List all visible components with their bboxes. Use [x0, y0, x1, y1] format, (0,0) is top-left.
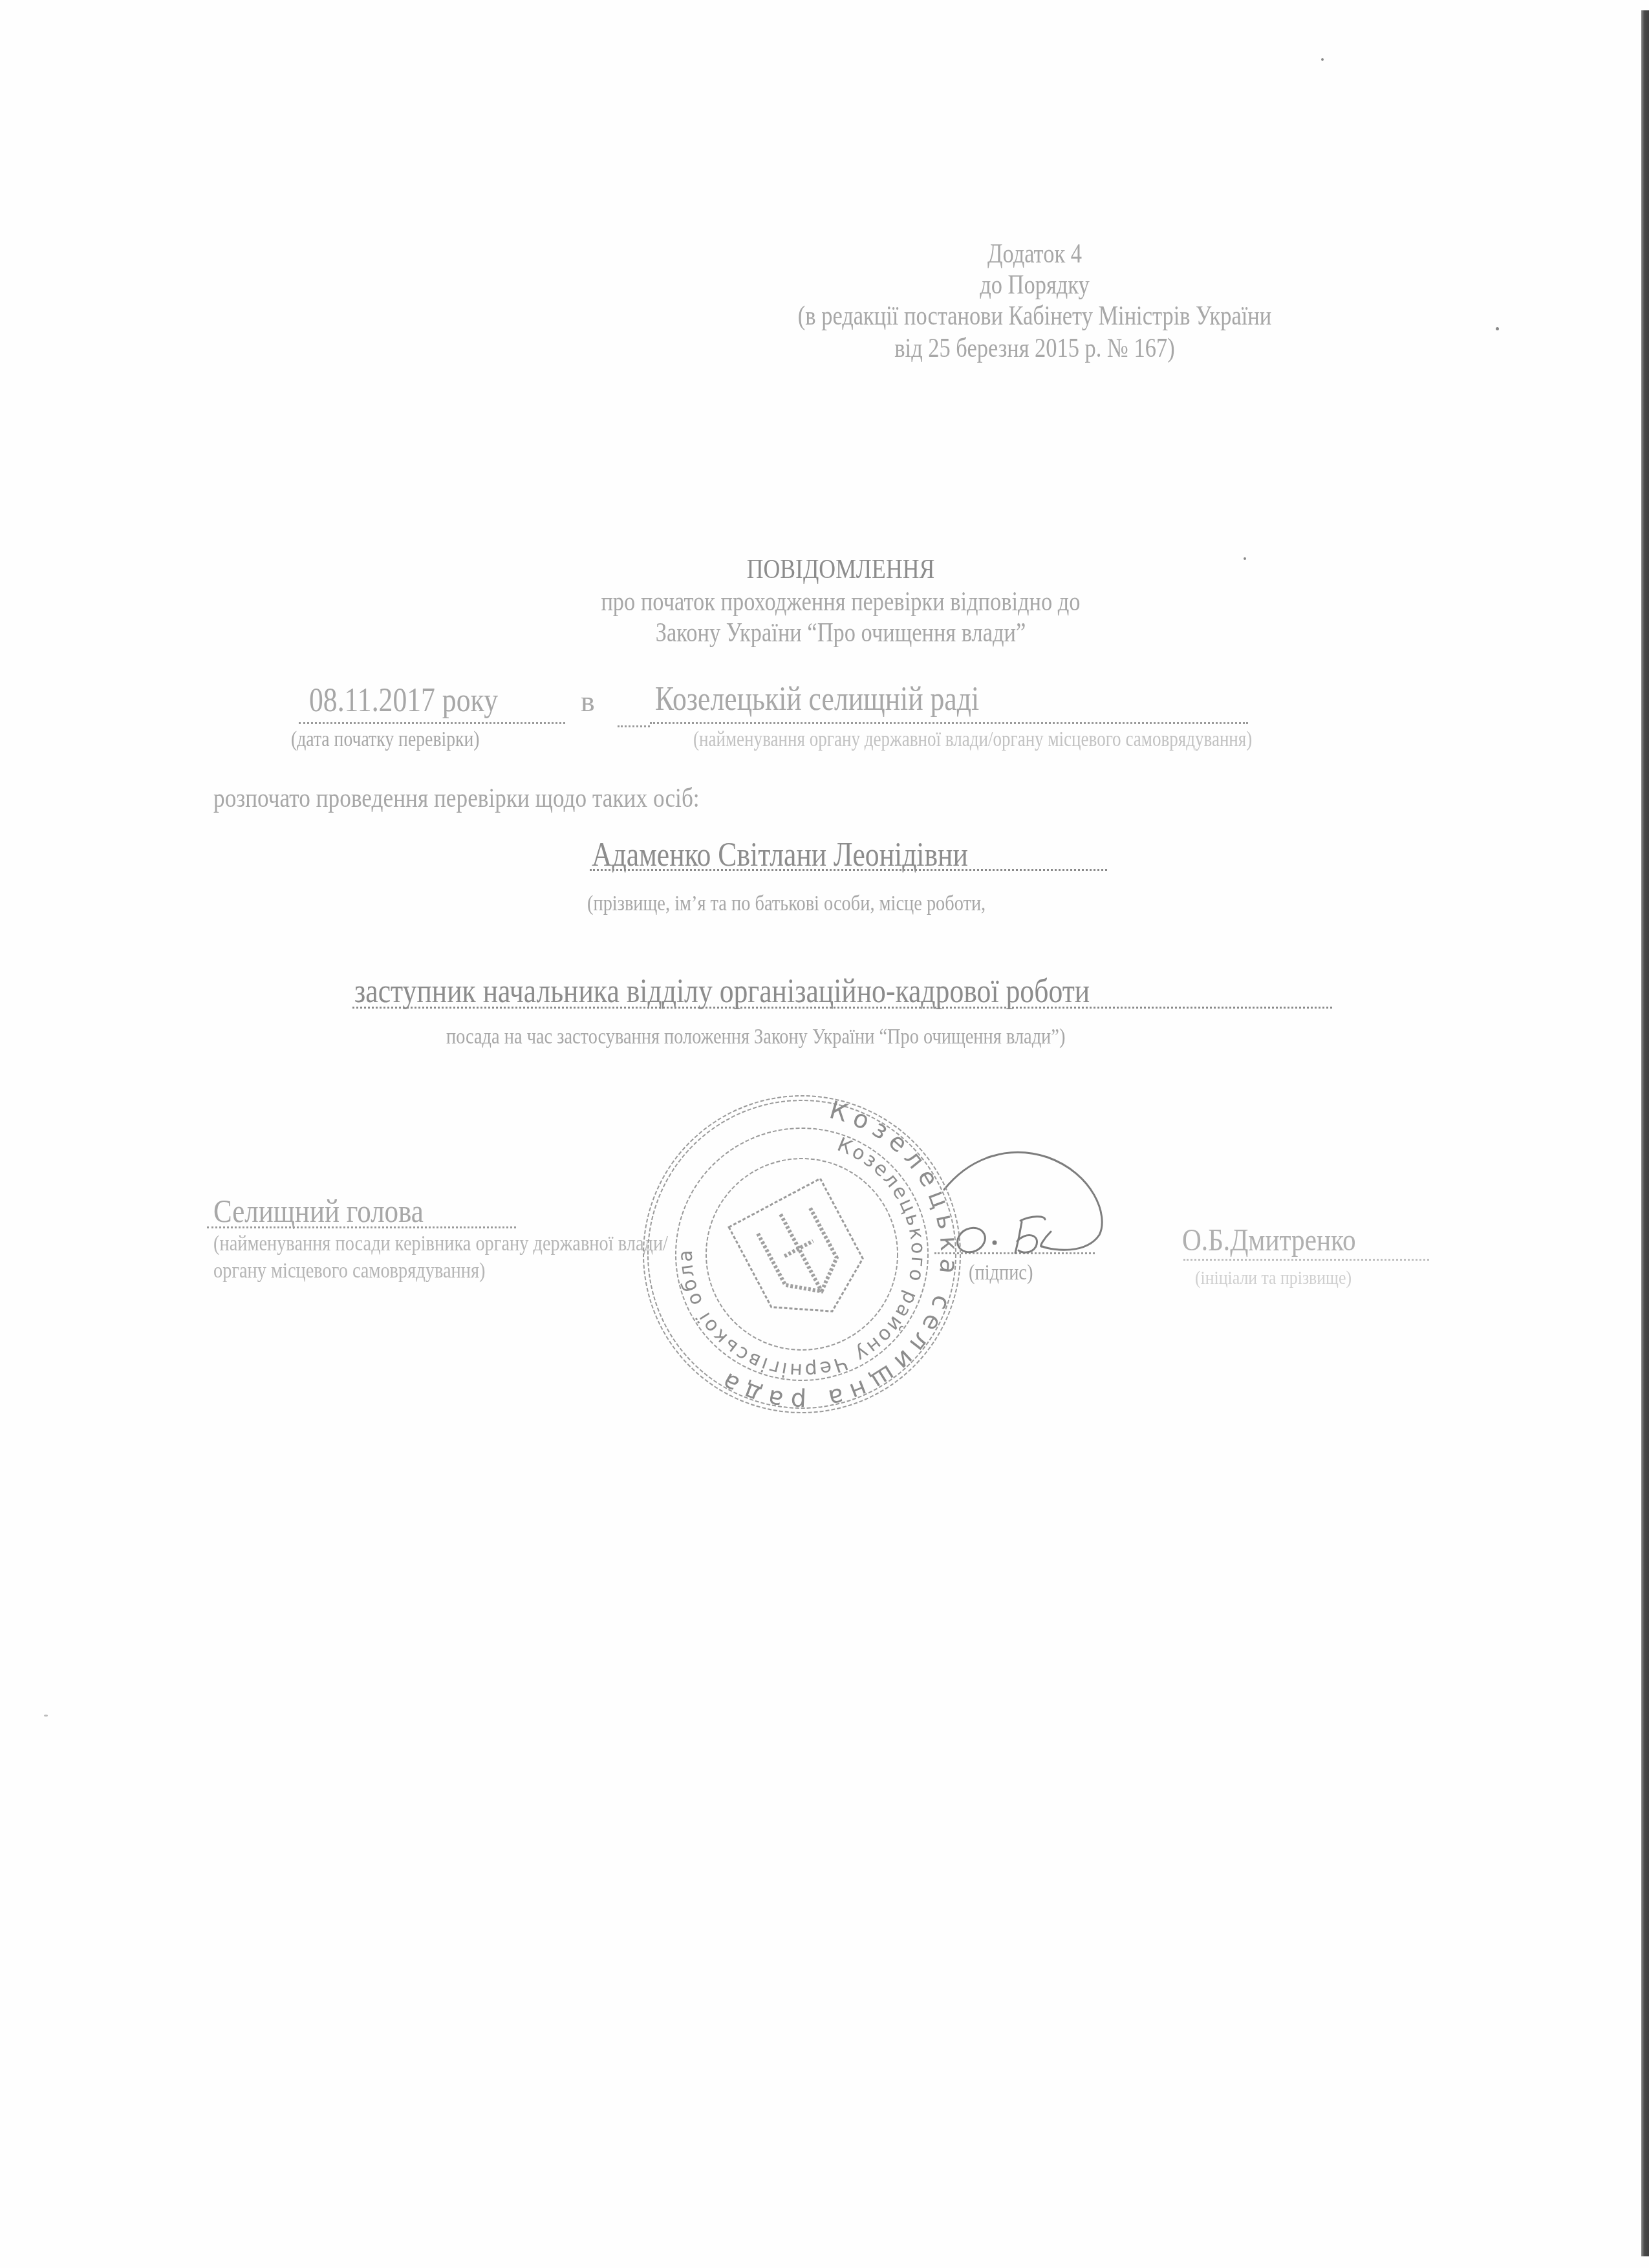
- scan-edge-shadow: [1641, 10, 1649, 2256]
- notice-law-name: Закону України “Про очищення влади”: [469, 619, 1212, 647]
- signature-caption: (підпис): [969, 1263, 1033, 1284]
- signatory-name-caption: (ініціали та прізвище): [1195, 1268, 1352, 1288]
- scan-speck: [44, 1715, 48, 1717]
- notice-subtitle: про початок проходження перевірки відпов…: [416, 588, 1265, 615]
- appendix-number: Додаток 4: [770, 241, 1300, 268]
- intro-text: розпочато проведення перевірки щодо таки…: [213, 785, 700, 812]
- preposition-in: в: [581, 687, 595, 716]
- person-position: заступник начальника відділу організацій…: [354, 975, 1090, 1009]
- signatory-full-name: О.Б.Дмитренко: [1182, 1225, 1356, 1256]
- signatory-title-caption-1: (найменування посади керівника органу де…: [213, 1234, 668, 1255]
- appendix-resolution-date: від 25 березня 2015 р. № 167): [770, 335, 1300, 362]
- person-position-underline: [352, 1007, 1332, 1009]
- signatory-title-caption-2: органу місцевого самоврядування): [213, 1261, 485, 1282]
- person-name-caption: (прізвище, ім’я та по батькові особи, мі…: [587, 893, 986, 915]
- date-caption: (дата початку перевірки): [291, 729, 480, 751]
- authority-underline: [650, 722, 1248, 724]
- scan-speck: [1244, 557, 1246, 560]
- signatory-title: Селищний голова: [213, 1195, 424, 1227]
- person-name: Адаменко Світлани Леонідівни: [592, 839, 968, 872]
- person-name-underline: [590, 869, 1107, 871]
- document-page: Додаток 4 до Порядку (в редакції постано…: [0, 0, 1649, 2268]
- trident-shield-icon: [729, 1179, 878, 1336]
- appendix-resolution: (в редакції постанови Кабінету Міністрів…: [717, 303, 1353, 330]
- person-position-caption: посада на час застосування положення Зак…: [446, 1027, 1065, 1048]
- notice-heading: ПОВІДОМЛЕННЯ: [456, 556, 1225, 583]
- appendix-order: до Порядку: [770, 272, 1300, 299]
- authority-underline-lead: [618, 725, 650, 727]
- scan-speck: [1321, 58, 1324, 61]
- authority-caption: (найменування органу державної влади/орг…: [693, 729, 1252, 751]
- check-start-date: 08.11.2017 року: [309, 684, 498, 718]
- signatory-title-underline: [207, 1226, 516, 1228]
- authority-name: Козелецькій селищній раді: [655, 683, 979, 716]
- signatory-name-underline: [1183, 1259, 1429, 1261]
- date-underline: [299, 722, 565, 724]
- scan-speck: [1496, 327, 1499, 330]
- official-stamp: Козелецька селищна рада Козелецького рай…: [640, 1093, 964, 1416]
